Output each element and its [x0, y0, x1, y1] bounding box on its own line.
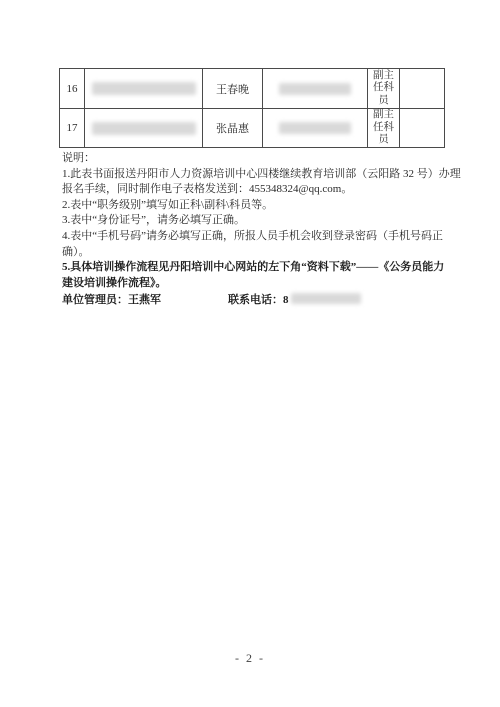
unit-manager: 单位管理员：王燕军 — [62, 291, 161, 307]
redacted-id-number — [92, 122, 196, 135]
table-row: 17 张晶惠 副主任科员 — [60, 109, 445, 148]
admin-contact-line: 单位管理员：王燕军 联系电话：8 — [62, 291, 452, 307]
job-title-cell: 副主任科员 — [368, 109, 400, 148]
notes-heading: 说明： — [62, 151, 452, 167]
table-row: 16 王春晚 副主任科员 — [60, 69, 445, 109]
contact-phone-visible-digit: 8 — [283, 294, 289, 306]
contact-phone-label: 联系电话： — [228, 294, 283, 306]
empty-cell — [400, 109, 445, 148]
id-number-cell — [85, 109, 203, 148]
note-line: 5.具体培训操作流程见丹阳培训中心网站的左下角“资料下载”——《公务员能力 — [62, 260, 452, 276]
note-line: 确）。 — [62, 245, 452, 261]
row-number-cell: 17 — [60, 109, 85, 148]
note-line: 1.此表书面报送丹阳市人力资源培训中心四楼继续教育培训部（云阳路 32 号）办理 — [62, 167, 452, 183]
unit-manager-name: 王燕军 — [128, 294, 161, 306]
notes-section: 说明： 1.此表书面报送丹阳市人力资源培训中心四楼继续教育培训部（云阳路 32 … — [62, 151, 452, 291]
note-line: 建设培训操作流程》。 — [62, 276, 452, 292]
redacted-phone-number — [279, 122, 351, 134]
roster-table: 16 王春晚 副主任科员 17 张晶惠 — [59, 68, 445, 148]
redacted-phone-number — [279, 83, 351, 95]
unit-manager-label: 单位管理员： — [62, 294, 128, 306]
note-line: 4.表中“手机号码”请务必填写正确，所报人员手机会收到登录密码（手机号码正 — [62, 229, 452, 245]
note-line: 报名手续，同时制作电子表格发送到：455348324@qq.com。 — [62, 182, 452, 198]
job-title-cell: 副主任科员 — [368, 69, 400, 109]
name-cell: 张晶惠 — [203, 109, 263, 148]
row-number-cell: 16 — [60, 69, 85, 109]
job-title-text: 副主任科员 — [372, 109, 395, 147]
phone-cell — [263, 109, 368, 148]
contact-phone: 联系电话：8 — [228, 291, 361, 307]
redacted-contact-phone — [291, 293, 361, 304]
job-title-text: 副主任科员 — [372, 70, 395, 108]
document-page: 16 王春晚 副主任科员 17 张晶惠 — [0, 0, 500, 707]
name-cell: 王春晚 — [203, 69, 263, 109]
note-line: 2.表中“职务级别”填写如正科\副科\科员等。 — [62, 198, 452, 214]
phone-cell — [263, 69, 368, 109]
note-line: 3.表中“身份证号”，请务必填写正确。 — [62, 213, 452, 229]
page-number: - 2 - — [0, 651, 500, 666]
redacted-id-number — [92, 82, 196, 95]
id-number-cell — [85, 69, 203, 109]
empty-cell — [400, 69, 445, 109]
